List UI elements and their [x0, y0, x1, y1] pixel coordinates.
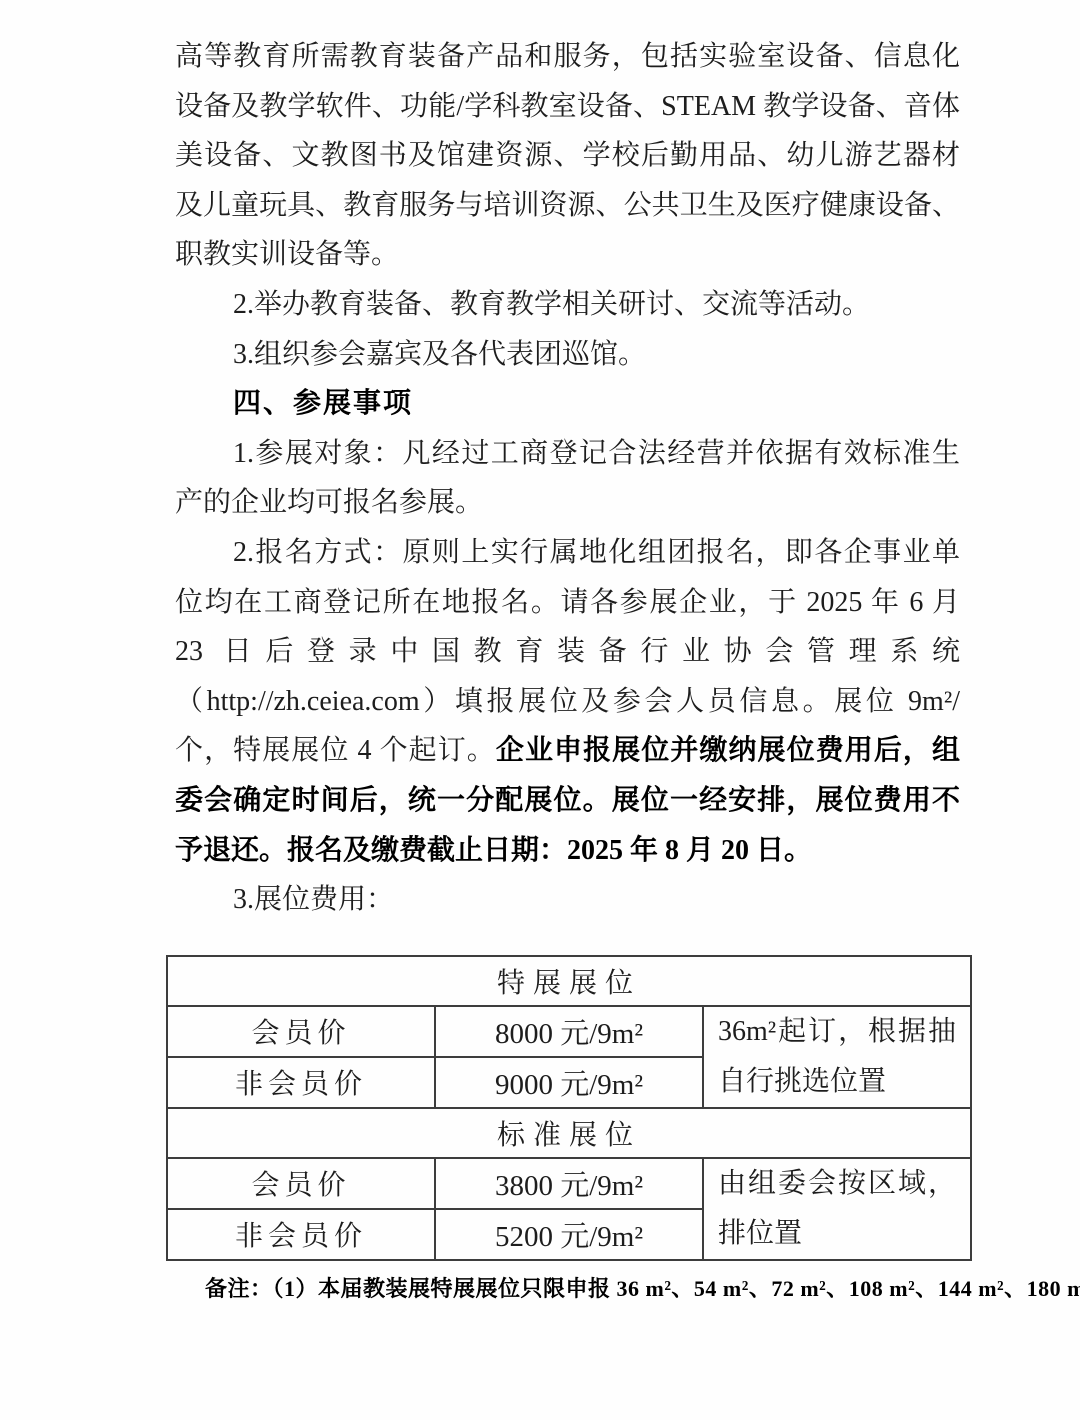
- body-line: 美设备、文教图书及馆建资源、学校后勤用品、幼儿游艺器材: [175, 131, 960, 181]
- table-row: 会员价 8000 元/9m² 36m²起订，根据抽签结果 自行挑选位置: [167, 1006, 971, 1057]
- body-line-bold: 委会确定时间后，统一分配展位。展位一经安排，展位费用不: [175, 776, 960, 826]
- standard-member-price-cell: 3800 元/9m²: [435, 1158, 703, 1209]
- special-booth-header-cell: 特展展位: [167, 956, 971, 1006]
- price-table: 特展展位 会员价 8000 元/9m² 36m²起订，根据抽签结果 自行挑选位置…: [166, 955, 972, 1261]
- body-line: 23 日后登录中国教育装备行业协会管理系统: [175, 627, 960, 677]
- table-row: 会员价 3800 元/9m² 由组委会按区域，统筹安 排位置: [167, 1158, 971, 1209]
- body-line: 位均在工商登记所在地报名。请各参展企业，于 2025 年 6 月: [175, 578, 960, 628]
- body-line: 1.参展对象：凡经过工商登记合法经营并依据有效标准生: [175, 429, 960, 479]
- nonmember-price-label-cell: 非会员价: [167, 1057, 435, 1108]
- special-note-line: 36m²起订，根据抽签结果: [718, 1007, 956, 1057]
- special-nonmember-price-cell: 9000 元/9m²: [435, 1057, 703, 1108]
- standard-note-line: 由组委会按区域，统筹安: [718, 1159, 956, 1209]
- list-item: 3.组织参会嘉宾及各代表团巡馆。: [175, 330, 960, 380]
- special-member-price-cell: 8000 元/9m²: [435, 1006, 703, 1057]
- body-line: 个，特展展位 4 个起订。企业申报展位并缴纳展位费用后，组: [175, 726, 960, 776]
- standard-note-line: 排位置: [718, 1209, 956, 1259]
- table-footnote: 备注：（1）本届教装展特展展位只限申报 36 m²、54 m²、72 m²、10…: [205, 1273, 960, 1305]
- special-booth-note-cell: 36m²起订，根据抽签结果 自行挑选位置: [703, 1006, 971, 1108]
- member-price-label-cell: 会员价: [167, 1006, 435, 1057]
- standard-booth-header-cell: 标准展位: [167, 1108, 971, 1158]
- list-item: 2.举办教育装备、教育教学相关研讨、交流等活动。: [175, 280, 960, 330]
- body-line-url: （http://zh.ceiea.com）填报展位及参会人员信息。展位 9m²/: [175, 677, 960, 727]
- table-row: 特展展位: [167, 956, 971, 1006]
- body-text-normal: 个，特展展位 4 个起订。: [175, 735, 496, 766]
- document-page: 高等教育所需教育装备产品和服务，包括实验室设备、信息化 设备及教学软件、功能/学…: [0, 0, 1080, 1420]
- special-note-line: 自行挑选位置: [718, 1057, 956, 1107]
- body-line: 高等教育所需教育装备产品和服务，包括实验室设备、信息化: [175, 32, 960, 82]
- body-line: 设备及教学软件、功能/学科教室设备、STEAM 教学设备、音体: [175, 82, 960, 132]
- table-row: 标准展位: [167, 1108, 971, 1158]
- member-price-label-cell: 会员价: [167, 1158, 435, 1209]
- section-heading: 四、参展事项: [175, 379, 960, 429]
- body-line: 3.展位费用：: [175, 875, 960, 925]
- body-line-bold: 予退还。报名及缴费截止日期：2025 年 8 月 20 日。: [175, 826, 960, 876]
- standard-nonmember-price-cell: 5200 元/9m²: [435, 1209, 703, 1260]
- body-line: 2.报名方式：原则上实行属地化组团报名，即各企事业单: [175, 528, 960, 578]
- nonmember-price-label-cell: 非会员价: [167, 1209, 435, 1260]
- document-body: 高等教育所需教育装备产品和服务，包括实验室设备、信息化 设备及教学软件、功能/学…: [175, 32, 960, 1305]
- body-line: 及儿童玩具、教育服务与培训资源、公共卫生及医疗健康设备、: [175, 181, 960, 231]
- body-text-bold: 企业申报展位并缴纳展位费用后，组: [496, 735, 960, 766]
- body-line: 产的企业均可报名参展。: [175, 478, 960, 528]
- standard-booth-note-cell: 由组委会按区域，统筹安 排位置: [703, 1158, 971, 1260]
- body-line: 职教实训设备等。: [175, 230, 960, 280]
